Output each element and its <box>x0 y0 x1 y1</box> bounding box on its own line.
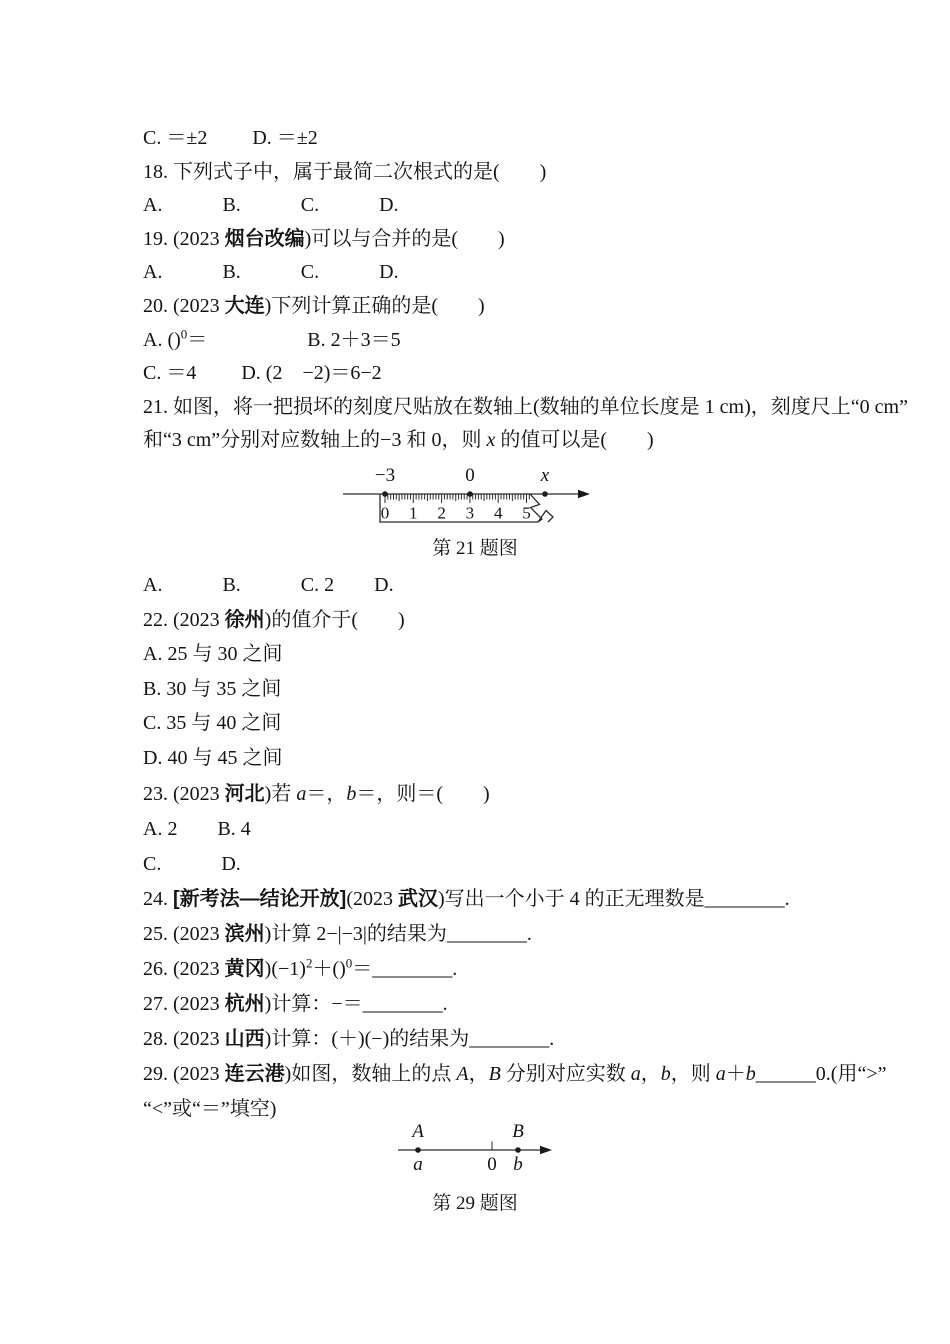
text-run: (2023 <box>346 888 398 910</box>
label-point-A: A <box>410 1124 424 1142</box>
point-neg3-dot <box>382 491 388 497</box>
text-run: D. 40 与 45 之间 <box>143 747 282 769</box>
question-line: A. 2 B. 4 <box>143 812 886 847</box>
text-run: 26. (2023 <box>143 958 225 980</box>
ruler-number-4: 4 <box>494 504 503 523</box>
text-run: 黄冈 <box>225 958 265 980</box>
question-line: 19. (2023 烟台改编)可以与合并的是( ) <box>143 223 908 257</box>
ruler-number-line-figure: −3 0 x 0 1 2 3 4 5 <box>340 466 602 530</box>
text-run: 18. 下列式子中，属于最简二次根式的是( ) <box>143 161 546 183</box>
point-b-dot <box>515 1147 521 1153</box>
text-run: )下列计算正确的是( ) <box>265 295 485 317</box>
question-line: 29. (2023 连云港)如图，数轴上的点 A，B 分别对应实数 a，b，则 … <box>143 1057 886 1092</box>
question-line: C. D. <box>143 847 886 882</box>
ruler-number-2: 2 <box>437 504 446 523</box>
question-line: C. 35 与 40 之间 <box>143 706 405 741</box>
text-run: 19. (2023 <box>143 228 225 250</box>
text-run: ＝， <box>306 783 346 805</box>
question-line: 23. (2023 河北)若 a＝，b＝，则＝( ) <box>143 777 886 812</box>
question-line: 28. (2023 山西)计算：(＋)(−)的结果为________. <box>143 1022 886 1057</box>
text-run: )写出一个小于 4 的正无理数是________. <box>438 888 790 910</box>
label-point-B: B <box>512 1124 524 1142</box>
text-run: A. 2 B. 4 <box>143 818 251 840</box>
text-run: )(−1) <box>265 958 306 980</box>
question-line: A. B. C. 2 D. <box>143 568 405 603</box>
text-run: A <box>456 1063 468 1085</box>
point-x-dot <box>542 491 548 497</box>
text-run: A. B. C. 2 D. <box>143 574 394 596</box>
text-run: C. D. <box>143 853 241 875</box>
figure-caption-21: 第 21 题图 <box>0 538 950 560</box>
question-line: C. ＝±2 D. ＝±2 <box>143 122 908 156</box>
text-run: 25. (2023 <box>143 923 225 945</box>
question-line: 22. (2023 徐州)的值介于( ) <box>143 603 405 638</box>
axis-arrowhead-icon <box>540 1146 552 1154</box>
text-run: )可以与合并的是( ) <box>305 228 505 250</box>
text-run: 河北 <box>225 783 265 805</box>
text-run: A. B. C. D. <box>143 261 399 283</box>
question-line: A. ()0＝ B. 2＋3＝5 <box>143 324 908 358</box>
text-run: )计算 2−|−3|的结果为________. <box>265 923 532 945</box>
ruler-number-3: 3 <box>466 504 475 523</box>
text-run: 24. <box>143 888 173 910</box>
question-line: 18. 下列式子中，属于最简二次根式的是( ) <box>143 156 908 190</box>
label-value-a: a <box>413 1154 423 1175</box>
question-line: D. 40 与 45 之间 <box>143 741 405 776</box>
worksheet-page: C. ＝±2 D. ＝±218. 下列式子中，属于最简二次根式的是( )A. B… <box>0 0 950 1344</box>
text-run: ＝ B. 2＋3＝5 <box>187 329 400 351</box>
axis-label-zero: 0 <box>465 466 475 486</box>
text-run: C. ＝±2 D. ＝±2 <box>143 127 318 149</box>
text-run: A. 25 与 30 之间 <box>143 643 282 665</box>
label-value-b: b <box>513 1154 523 1175</box>
text-run: 28. (2023 <box>143 1028 225 1050</box>
text-run: 23. (2023 <box>143 783 225 805</box>
text-run: ，则 <box>671 1063 716 1085</box>
text-run: a <box>716 1063 726 1085</box>
text-run: 的值可以是( ) <box>495 429 653 451</box>
text-run: A. () <box>143 329 181 351</box>
point-zero-dot <box>467 491 473 497</box>
question-line: A. 25 与 30 之间 <box>143 637 405 672</box>
question-line: 和“3 cm”分别对应数轴上的−3 和 0，则 x 的值可以是( ) <box>143 424 908 458</box>
text-run: ______0.(用“>” <box>756 1063 887 1085</box>
text-run: ， <box>469 1063 489 1085</box>
text-run: b <box>661 1063 671 1085</box>
text-run: a <box>296 783 306 805</box>
question-line: 21. 如图，将一把损坏的刻度尺贴放在数轴上(数轴的单位长度是 1 cm)，刻度… <box>143 391 908 425</box>
text-run: )计算：−＝________. <box>265 993 448 1015</box>
text-run: A. B. C. D. <box>143 194 399 216</box>
text-run: )的值介于( ) <box>265 609 405 631</box>
text-run: 山西 <box>225 1028 265 1050</box>
text-run: a <box>631 1063 641 1085</box>
text-run: C. ＝4 D. (2 −2)＝6−2 <box>143 362 382 384</box>
ruler-ticks <box>385 494 529 503</box>
ab-number-line-figure: A B a 0 b <box>393 1124 571 1178</box>
question-line: 27. (2023 杭州)计算：−＝________. <box>143 987 886 1022</box>
text-run: C. 35 与 40 之间 <box>143 712 281 734</box>
text-run: 和“3 cm”分别对应数轴上的−3 和 0，则 <box>143 429 486 451</box>
ruler-number-5: 5 <box>522 504 531 523</box>
question-line: 26. (2023 黄冈)(−1)2＋()0＝________. <box>143 952 886 987</box>
text-run: B. 30 与 35 之间 <box>143 678 281 700</box>
text-run: 大连 <box>225 295 265 317</box>
text-run: ＋() <box>312 958 345 980</box>
text-run: ＝，则＝( ) <box>356 783 489 805</box>
ruler-number-1: 1 <box>409 504 418 523</box>
text-block-questions-21opts-22: A. B. C. 2 D.22. (2023 徐州)的值介于( )A. 25 与… <box>143 568 405 776</box>
axis-arrowhead-icon <box>578 490 590 498</box>
label-zero: 0 <box>487 1154 497 1175</box>
question-line: 24. [新考法—结论开放](2023 武汉)写出一个小于 4 的正无理数是__… <box>143 882 886 917</box>
question-line: A. B. C. D. <box>143 256 908 290</box>
text-run: )如图，数轴上的点 <box>285 1063 457 1085</box>
question-line: “<”或“＝”填空) <box>143 1092 886 1127</box>
text-run: 滨州 <box>225 923 265 945</box>
text-block-questions-23-29: 23. (2023 河北)若 a＝，b＝，则＝( )A. 2 B. 4C. D.… <box>143 777 886 1127</box>
question-line: C. ＝4 D. (2 −2)＝6−2 <box>143 357 908 391</box>
figure-caption-29: 第 29 题图 <box>0 1193 950 1215</box>
text-run: 29. (2023 <box>143 1063 225 1085</box>
text-run: “<”或“＝”填空) <box>143 1098 276 1120</box>
text-block-questions-17-21: C. ＝±2 D. ＝±218. 下列式子中，属于最简二次根式的是( )A. B… <box>143 122 908 458</box>
text-run: 杭州 <box>225 993 265 1015</box>
axis-label-neg3: −3 <box>375 466 395 486</box>
text-run: 武汉 <box>398 888 438 910</box>
text-run: b <box>746 1063 756 1085</box>
text-run: 27. (2023 <box>143 993 225 1015</box>
text-run: )若 <box>265 783 297 805</box>
text-run: 22. (2023 <box>143 609 225 631</box>
point-a-dot <box>415 1147 421 1153</box>
text-run: ＋ <box>726 1063 746 1085</box>
text-run: )计算：(＋)(−)的结果为________. <box>265 1028 555 1050</box>
question-line: 25. (2023 滨州)计算 2−|−3|的结果为________. <box>143 917 886 952</box>
text-run: 烟台改编 <box>225 228 305 250</box>
text-run: 分别对应实数 <box>501 1063 631 1085</box>
text-run: [新考法—结论开放] <box>173 888 346 910</box>
text-run: 20. (2023 <box>143 295 225 317</box>
text-run: 连云港 <box>225 1063 285 1085</box>
text-run: ， <box>641 1063 661 1085</box>
ruler-number-0: 0 <box>381 504 390 523</box>
text-run: ＝________. <box>352 958 457 980</box>
text-run: B <box>489 1063 501 1085</box>
question-line: 20. (2023 大连)下列计算正确的是( ) <box>143 290 908 324</box>
text-run: 徐州 <box>225 609 265 631</box>
text-run: 21. 如图，将一把损坏的刻度尺贴放在数轴上(数轴的单位长度是 1 cm)，刻度… <box>143 396 908 418</box>
question-line: A. B. C. D. <box>143 189 908 223</box>
question-line: B. 30 与 35 之间 <box>143 672 405 707</box>
text-run: b <box>346 783 356 805</box>
axis-label-x: x <box>540 466 550 486</box>
